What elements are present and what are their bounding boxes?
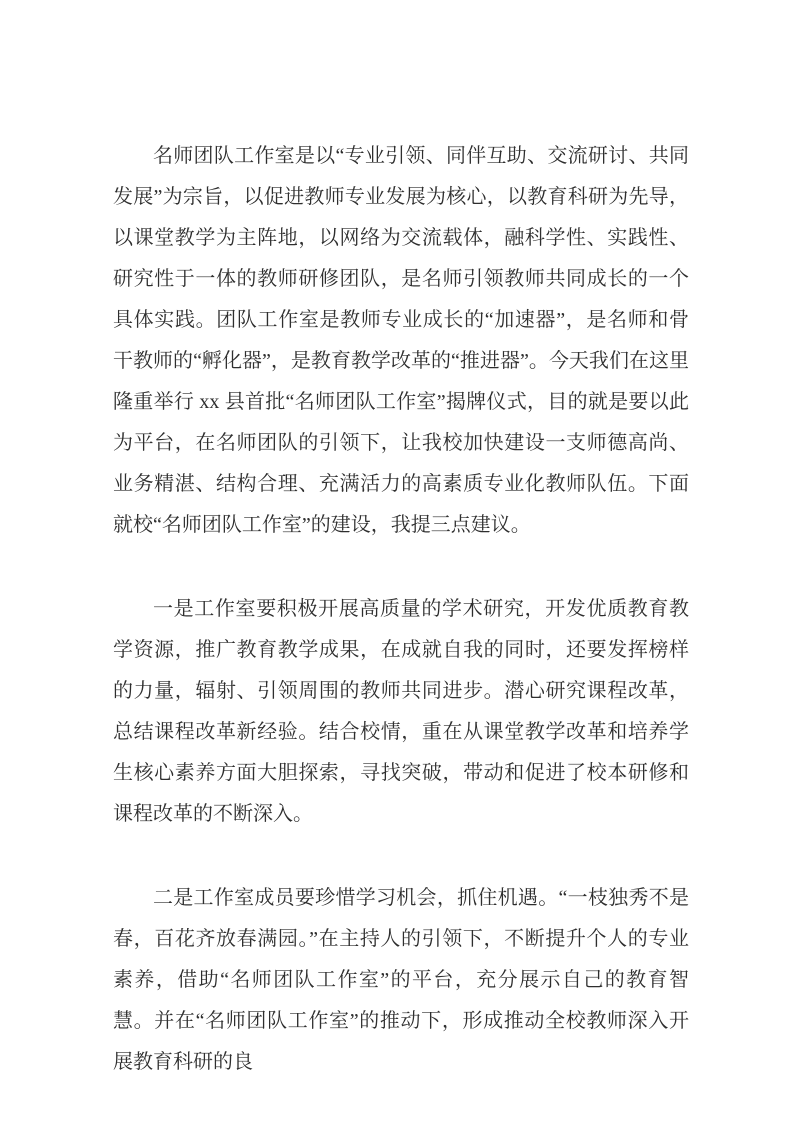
paragraph-1: 名师团队工作室是以“专业引领、同伴互助、交流研讨、共同发展”为宗旨，以促进教师专…	[113, 136, 689, 546]
paragraph-2: 一是工作室要积极开展高质量的学术研究，开发优质教育教学资源，推广教育教学成果，在…	[113, 589, 689, 835]
document-page: 名师团队工作室是以“专业引领、同伴互助、交流研讨、共同发展”为宗旨，以促进教师专…	[0, 0, 793, 1122]
paragraph-3: 二是工作室成员要珍惜学习机会，抓住机遇。“一枝独秀不是春，百花齐放春满园。”在主…	[113, 878, 689, 1083]
document-body: 名师团队工作室是以“专业引领、同伴互助、交流研讨、共同发展”为宗旨，以促进教师专…	[113, 136, 689, 1122]
